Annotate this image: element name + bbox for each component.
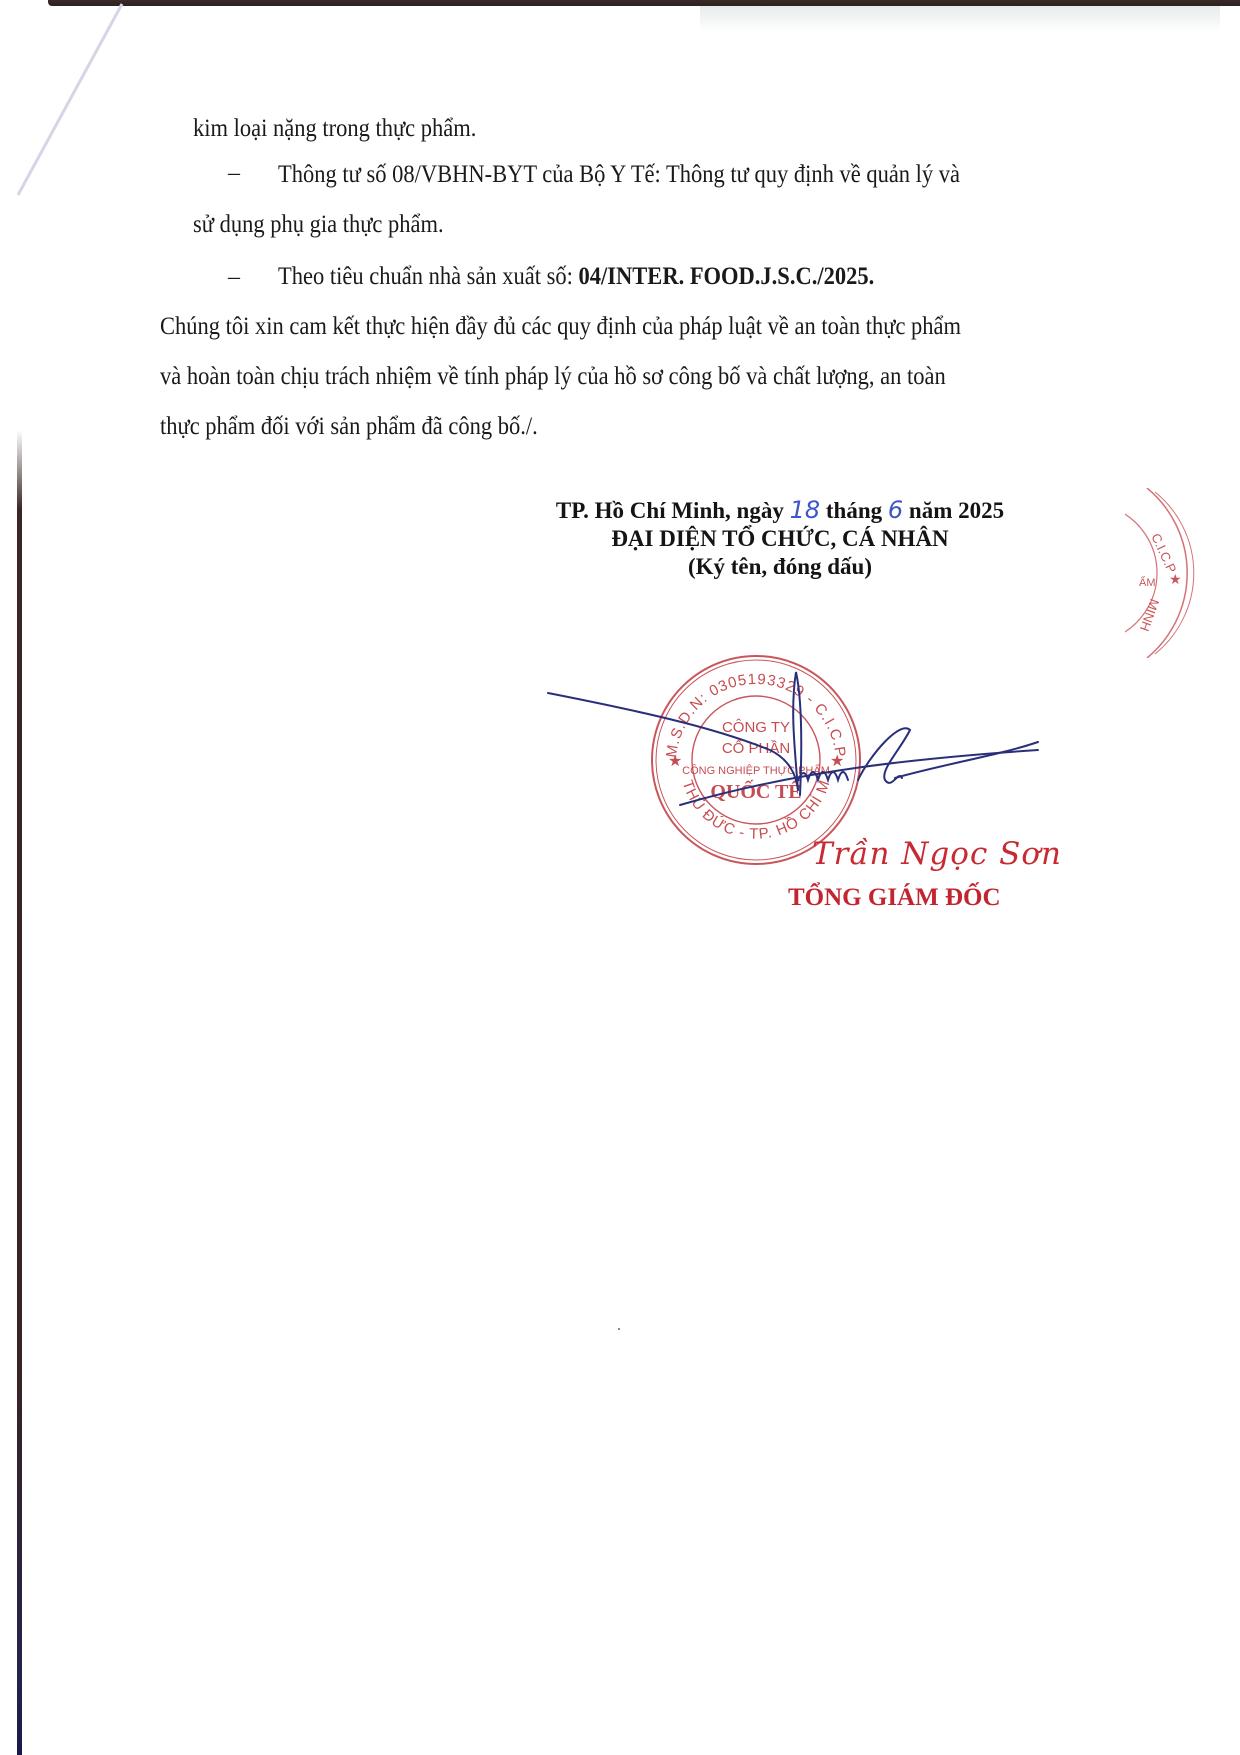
signature-block: TP. Hồ Chí Minh, ngày 18 tháng 6 năm 202… <box>520 496 1040 581</box>
bullet-dash: – <box>228 262 240 292</box>
partial-seal-right: C.I.C.P ẨM ★ MINH <box>1125 488 1240 658</box>
svg-text:ẨM: ẨM <box>1139 576 1156 589</box>
bullet-3: Theo tiêu chuẩn nhà sản xuất số: 04/INTE… <box>278 262 874 292</box>
paragraph-continuation: kim loại nặng trong thực phẩm. <box>193 114 476 144</box>
commitment-line2: và hoàn toàn chịu trách nhiệm về tính ph… <box>160 362 946 392</box>
bullet-2-line2: sử dụng phụ gia thực phẩm. <box>193 210 444 240</box>
svg-text:MINH: MINH <box>1137 597 1162 633</box>
date-line: TP. Hồ Chí Minh, ngày 18 tháng 6 năm 202… <box>520 496 1040 525</box>
scan-left-edge <box>17 430 22 1755</box>
scan-speck <box>618 1328 620 1330</box>
handwritten-day: 18 <box>790 496 821 524</box>
scan-shadow <box>700 6 1220 32</box>
svg-text:C.I.C.P: C.I.C.P <box>1148 531 1179 575</box>
commitment-line1: Chúng tôi xin cam kết thực hiện đầy đủ c… <box>160 312 961 342</box>
bullet-2-line1: Thông tư số 08/VBHN-BYT của Bộ Y Tế: Thô… <box>278 160 960 190</box>
sign-instruction: (Ký tên, đóng dấu) <box>520 553 1040 581</box>
representative-label: ĐẠI DIỆN TỔ CHỨC, CÁ NHÂN <box>520 525 1040 553</box>
signer-name: Trần Ngọc Sơn <box>812 836 1062 872</box>
bullet-3-prefix: Theo tiêu chuẩn nhà sản xuất số: <box>278 263 579 290</box>
handwritten-month: 6 <box>888 496 903 524</box>
handwritten-signature <box>540 660 1040 810</box>
page-fold-line <box>0 0 130 200</box>
svg-text:★: ★ <box>1169 571 1182 587</box>
commitment-line3: thực phẩm đối với sản phẩm đã công bố./. <box>160 412 538 442</box>
signer-title: TỔNG GIÁM ĐỐC <box>788 884 1001 912</box>
bullet-dash: – <box>228 158 240 188</box>
standard-code: 04/INTER. FOOD.J.S.C./2025. <box>579 263 875 290</box>
